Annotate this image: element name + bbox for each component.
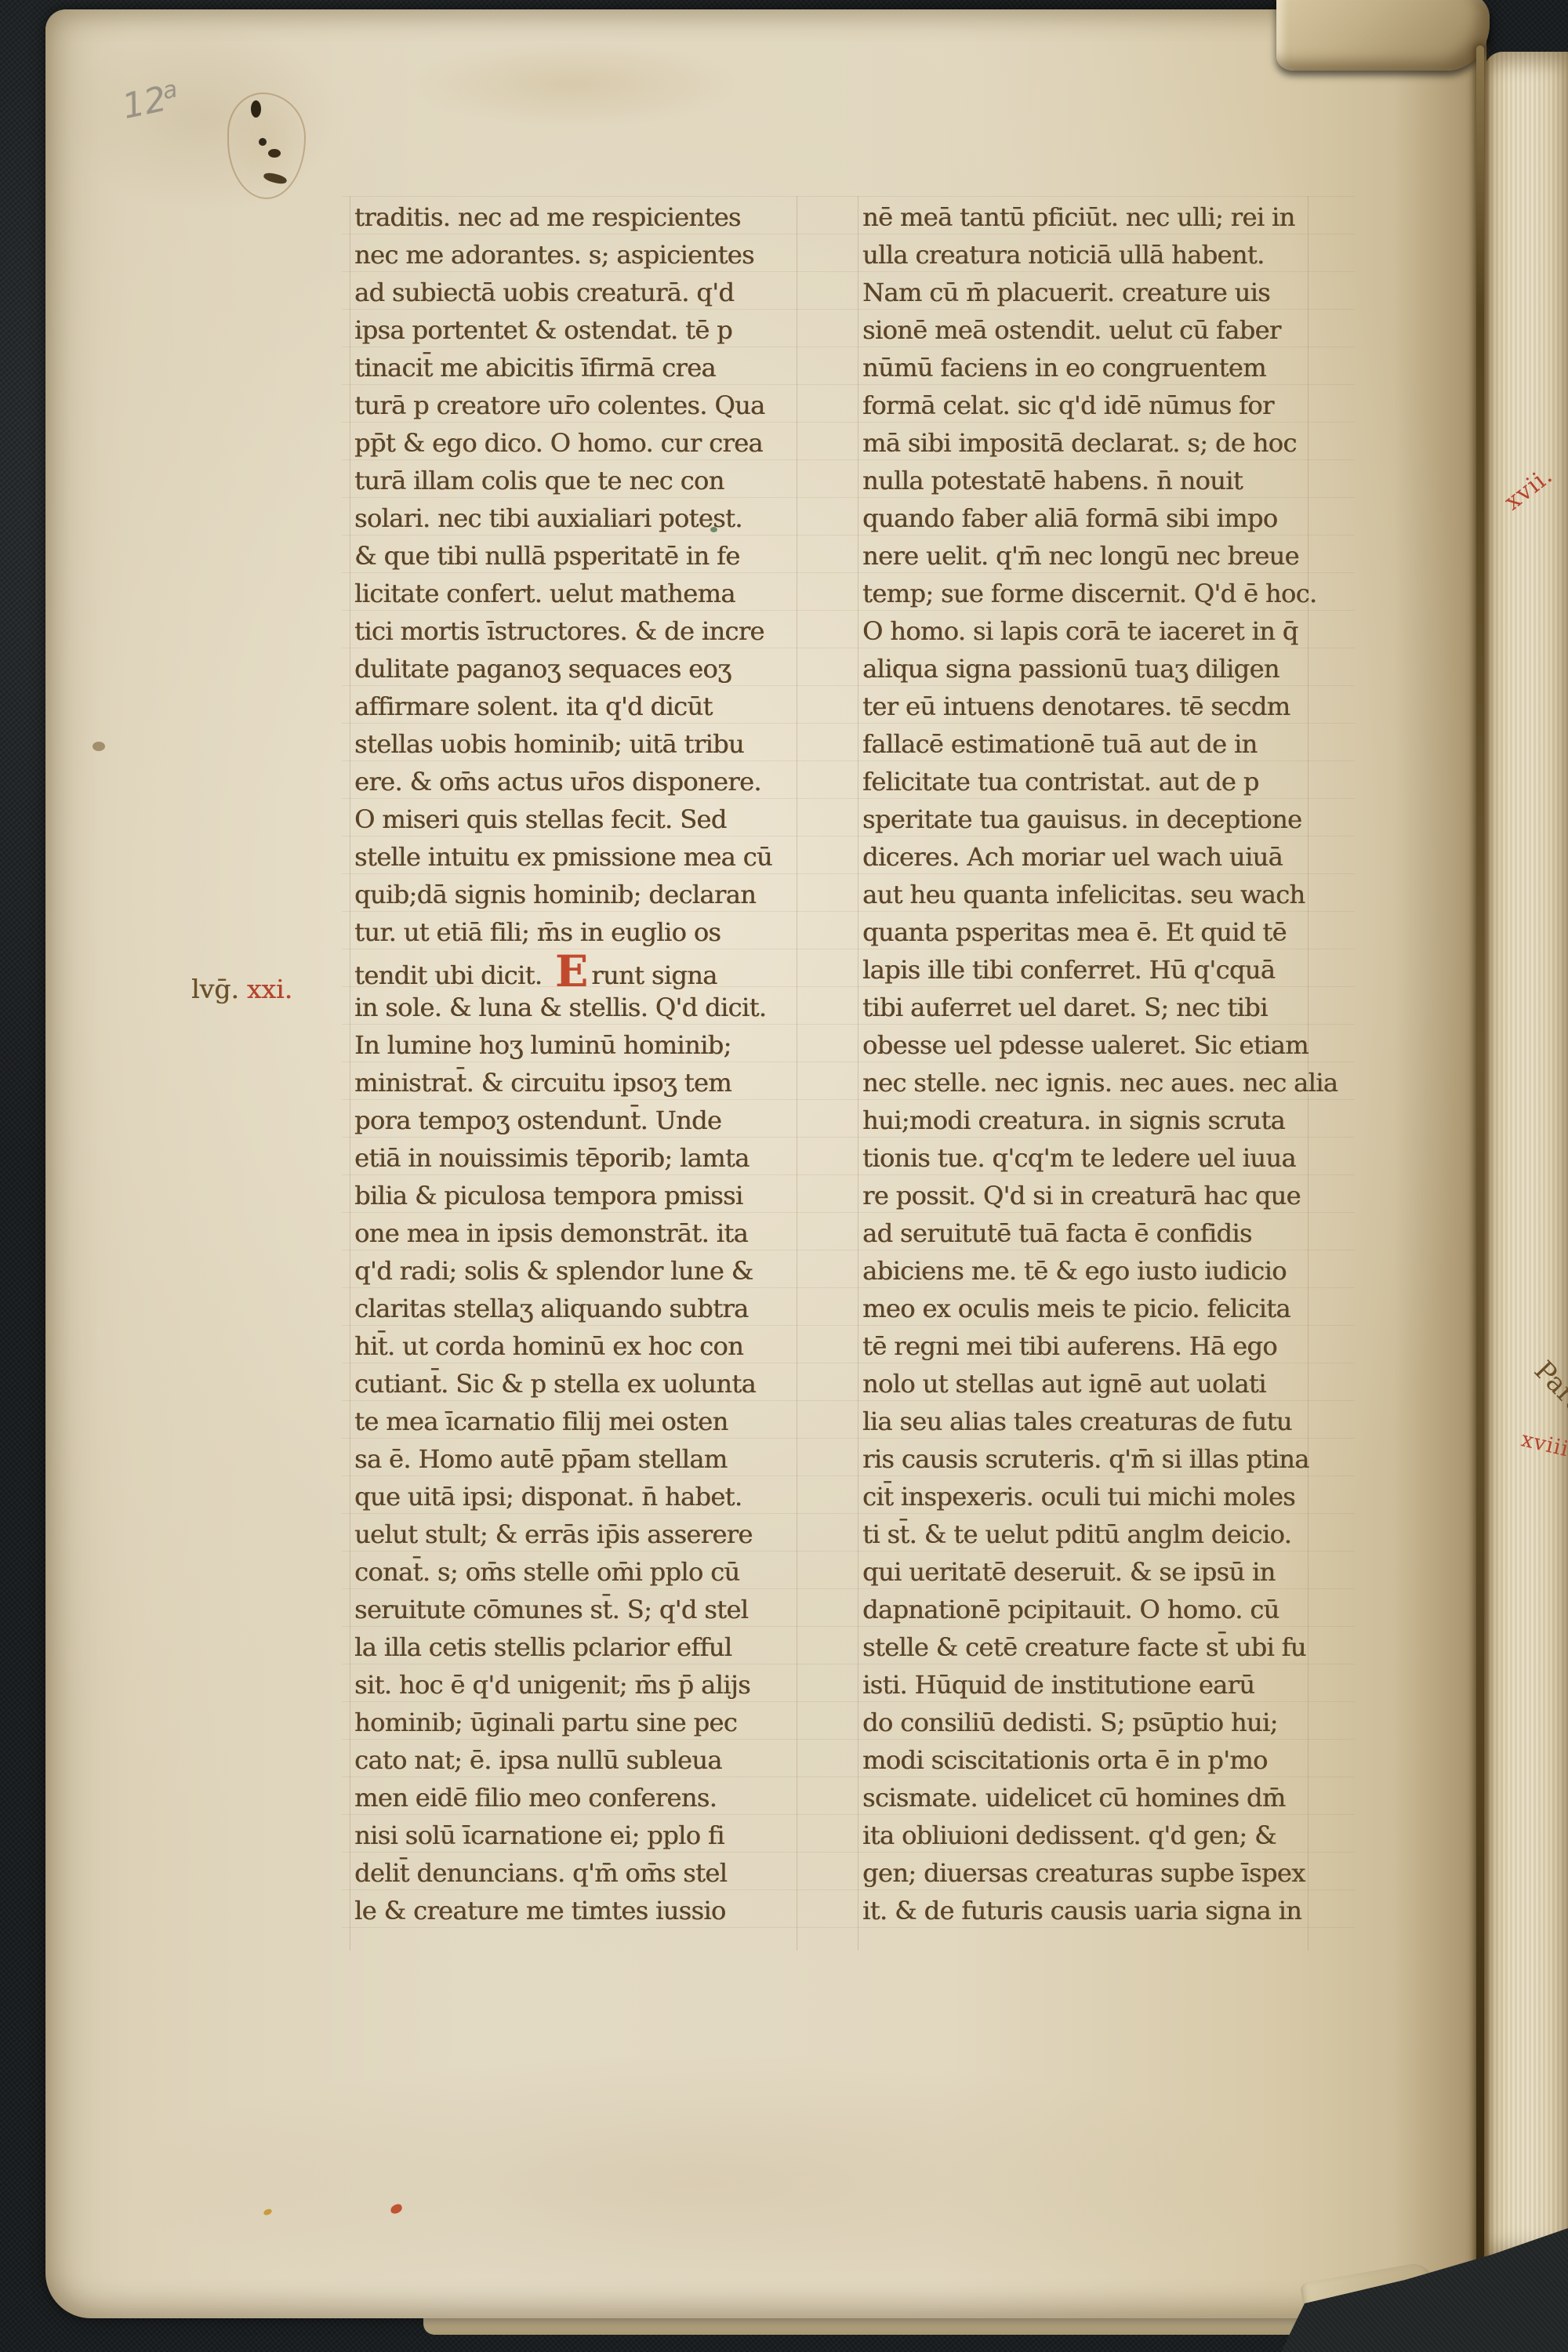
- text-line: O miseri quis stellas fecit. Sed: [354, 801, 795, 839]
- text-line: q'd radi; solis & splendor lune &: [354, 1253, 795, 1290]
- text-line: etiā in nouissimis tēporib; lamta: [354, 1140, 795, 1178]
- text-line: abiciens me. tē & ego iusto iudicio: [862, 1253, 1339, 1290]
- text-line: tendit ubi dicit. Erunt signa: [354, 952, 795, 989]
- text-line: speritate tua gauisus. in deceptione: [862, 801, 1339, 839]
- text-line: ad subiectā uobis creaturā. q'd: [354, 274, 795, 312]
- text-line: meo ex oculis meis te picio. felicita: [862, 1290, 1339, 1328]
- text-line: modi sciscitationis orta ē in p'mo: [862, 1742, 1339, 1780]
- text-line: ulla creatura noticiā ullā habent.: [862, 237, 1339, 274]
- text-line: stellas uobis hominib; uitā tribu: [354, 726, 795, 764]
- ink-spot: [268, 149, 281, 158]
- text-line: quib;dā signis hominib; declaran: [354, 877, 795, 914]
- text-line: turā p creatore ur̄o colentes. Qua: [354, 387, 795, 425]
- text-line: traditis. nec ad me respicientes: [354, 199, 795, 237]
- text-line: turā illam colis que te nec con: [354, 463, 795, 500]
- text-line: one mea in ipsis demonstrāt. ita: [354, 1215, 795, 1253]
- text-line: tici mortis īstructores. & de incre: [354, 613, 795, 651]
- text-line: ipsa portentet & ostendat. tē p: [354, 312, 795, 350]
- line-segment: runt signa: [591, 960, 717, 990]
- text-line: nec me adorantes. s; aspicientes: [354, 237, 795, 274]
- text-line: licitate confert. uelut mathema: [354, 575, 795, 613]
- text-line: delit̄ denuncians. q'm̄ om̄s stel: [354, 1855, 795, 1893]
- text-line: hominib; ūginali partu sine pec: [354, 1704, 795, 1742]
- text-line: pp̄t & ego dico. O homo. cur crea: [354, 425, 795, 463]
- ink-spot: [259, 138, 267, 146]
- text-line: temp; sue forme discernit. Q'd ē hoc.: [862, 575, 1339, 613]
- text-line: nere uelit. q'm̄ nec longū nec breue: [862, 538, 1339, 575]
- text-line: gen; diuersas creaturas supbe īspex: [862, 1855, 1339, 1893]
- photograph-background: 12a lvḡ.xxi. traditis. nec ad me respici…: [0, 0, 1568, 2352]
- text-line: aut heu quanta infelicitas. seu wach: [862, 877, 1339, 914]
- text-line: tibi auferret uel daret. S; nec tibi: [862, 989, 1339, 1027]
- text-line: mā sibi impositā declarat. s; de hoc: [862, 425, 1339, 463]
- text-line: tionis tue. q'cq'm te ledere uel iuua: [862, 1140, 1339, 1178]
- text-line: sionē meā ostendit. uelut cū faber: [862, 312, 1339, 350]
- text-line: hui;modi creatura. in signis scruta: [862, 1102, 1339, 1140]
- text-line: que uitā ipsi; disponat. n̄ habet.: [354, 1479, 795, 1516]
- text-line: cato nat; ē. ipsa nullū subleua: [354, 1742, 795, 1780]
- rubricated-initial: E: [555, 946, 587, 996]
- text-line: seruitute cōmunes st̄. S; q'd stel: [354, 1592, 795, 1629]
- text-line: isti. Hūquid de institutione earū: [862, 1667, 1339, 1704]
- margin-guide-line: [350, 196, 350, 1951]
- margin-note-numeral: xxi.: [247, 974, 292, 1004]
- text-line: In lumine hoʒ luminū hominib;: [354, 1027, 795, 1065]
- gutter-seam: [1476, 45, 1484, 2281]
- text-line: diceres. Ach moriar uel wach uiuā: [862, 839, 1339, 877]
- text-line: nulla potestatē habens. n̄ nouit: [862, 463, 1339, 500]
- text-line: fallacē estimationē tuā aut de in: [862, 726, 1339, 764]
- text-line: dapnationē pcipitauit. O homo. cū: [862, 1592, 1339, 1629]
- text-line: quanta psperitas mea ē. Et quid tē: [862, 914, 1339, 952]
- text-line: & que tibi nullā psperitatē in fe: [354, 538, 795, 575]
- text-column-left: traditis. nec ad me respicientesnec me a…: [354, 199, 795, 1930]
- text-line: stelle & cetē creature facte st̄ ubi fu: [862, 1629, 1339, 1667]
- text-line: tinacit̄ me abicitis īfirmā crea: [354, 350, 795, 387]
- margin-guide-line: [858, 196, 858, 1951]
- text-line: obesse uel pdesse ualeret. Sic etiam: [862, 1027, 1339, 1065]
- text-line: bilia & piculosa tempora pmissi: [354, 1178, 795, 1215]
- text-line: pora tempoʒ ostendunt̄. Unde: [354, 1102, 795, 1140]
- text-line: sit. hoc ē q'd unigenit; m̄s p̄ alijs: [354, 1667, 795, 1704]
- text-line: cutiant̄. Sic & p stella ex uolunta: [354, 1366, 795, 1403]
- text-line: uelut stult; & errās ip̄is asserere: [354, 1516, 795, 1554]
- ink-spot: [263, 172, 288, 186]
- text-line: scismate. uidelicet cū homines dm̄: [862, 1780, 1339, 1817]
- text-line: men eidē filio meo conferens.: [354, 1780, 795, 1817]
- facing-page-edge: [1484, 52, 1568, 2256]
- text-line: stelle intuitu ex pmissione mea cū: [354, 839, 795, 877]
- text-line: nūmū faciens in eo congruentem: [862, 350, 1339, 387]
- text-line: affirmare solent. ita q'd dicūt: [354, 688, 795, 726]
- gutter-shading: [1394, 9, 1486, 2318]
- text-line: tē regni mei tibi auferens. Hā ego: [862, 1328, 1339, 1366]
- text-line: qui ueritatē deseruit. & se ipsū in: [862, 1554, 1339, 1592]
- text-line: nē meā tantū pficiūt. nec ulli; rei in: [862, 199, 1339, 237]
- text-line: ita obliuioni dedissent. q'd gen; &: [862, 1817, 1339, 1855]
- text-line: O homo. si lapis corā te iaceret in q̄: [862, 613, 1339, 651]
- text-line: re possit. Q'd si in creaturā hac que: [862, 1178, 1339, 1215]
- text-line: ad seruitutē tuā facta ē confidis: [862, 1215, 1339, 1253]
- text-line: quando faber aliā formā sibi impo: [862, 500, 1339, 538]
- text-column-right: nē meā tantū pficiūt. nec ulli; rei inul…: [862, 199, 1339, 1930]
- margin-guide-line: [797, 196, 797, 1951]
- line-segment: tendit ubi dicit.: [354, 960, 550, 990]
- text-line: lapis ille tibi conferret. Hū q'cquā: [862, 952, 1339, 989]
- margin-note-prefix: lvḡ.: [191, 974, 239, 1004]
- text-line: formā celat. sic q'd idē nūmus for: [862, 387, 1339, 425]
- text-line: ter eū intuens denotares. tē secdm: [862, 688, 1339, 726]
- ink-spot: [251, 100, 261, 118]
- text-line: ere. & om̄s actus ur̄os disponere.: [354, 764, 795, 801]
- text-line: ti st̄. & te uelut pditū anglm deicio.: [862, 1516, 1339, 1554]
- text-line: it. & de futuris causis uaria signa in: [862, 1893, 1339, 1930]
- text-line: conat̄. s; om̄s stelle om̄i pplo cū: [354, 1554, 795, 1592]
- text-line: te mea īcarnatio filij mei osten: [354, 1403, 795, 1441]
- margin-note-luke-21: lvḡ.xxi.: [191, 974, 292, 1004]
- text-line: felicitate tua contristat. aut de p: [862, 764, 1339, 801]
- text-line: hit̄. ut corda hominū ex hoc con: [354, 1328, 795, 1366]
- text-line: nolo ut stellas aut ignē aut uolati: [862, 1366, 1339, 1403]
- text-line: claritas stellaʒ aliquando subtra: [354, 1290, 795, 1328]
- text-line: nec stelle. nec ignis. nec aues. nec ali…: [862, 1065, 1339, 1102]
- text-line: le & creature me timtes iussio: [354, 1893, 795, 1930]
- text-line: sa ē. Homo autē pp̄am stellam: [354, 1441, 795, 1479]
- text-line: do consiliū dedisti. S; psūptio hui;: [862, 1704, 1339, 1742]
- text-line: dulitate paganoʒ sequaces eoʒ: [354, 651, 795, 688]
- text-line: ris causis scruteris. q'm̄ si illas ptin…: [862, 1441, 1339, 1479]
- parchment-tab: [1276, 0, 1490, 71]
- text-line: Nam cū m̄ placuerit. creature uis: [862, 274, 1339, 312]
- text-line: nisi solū īcarnatione ei; pplo fi: [354, 1817, 795, 1855]
- text-line: ministrat̄. & circuitu ipsoʒ tem: [354, 1065, 795, 1102]
- text-line: cit̄ inspexeris. oculi tui michi moles: [862, 1479, 1339, 1516]
- text-line: la illa cetis stellis pclarior efful: [354, 1629, 795, 1667]
- text-line: aliqua signa passionū tuaʒ diligen: [862, 651, 1339, 688]
- text-line: lia seu alias tales creaturas de futu: [862, 1403, 1339, 1441]
- text-line: solari. nec tibi auxialiari potest.: [354, 500, 795, 538]
